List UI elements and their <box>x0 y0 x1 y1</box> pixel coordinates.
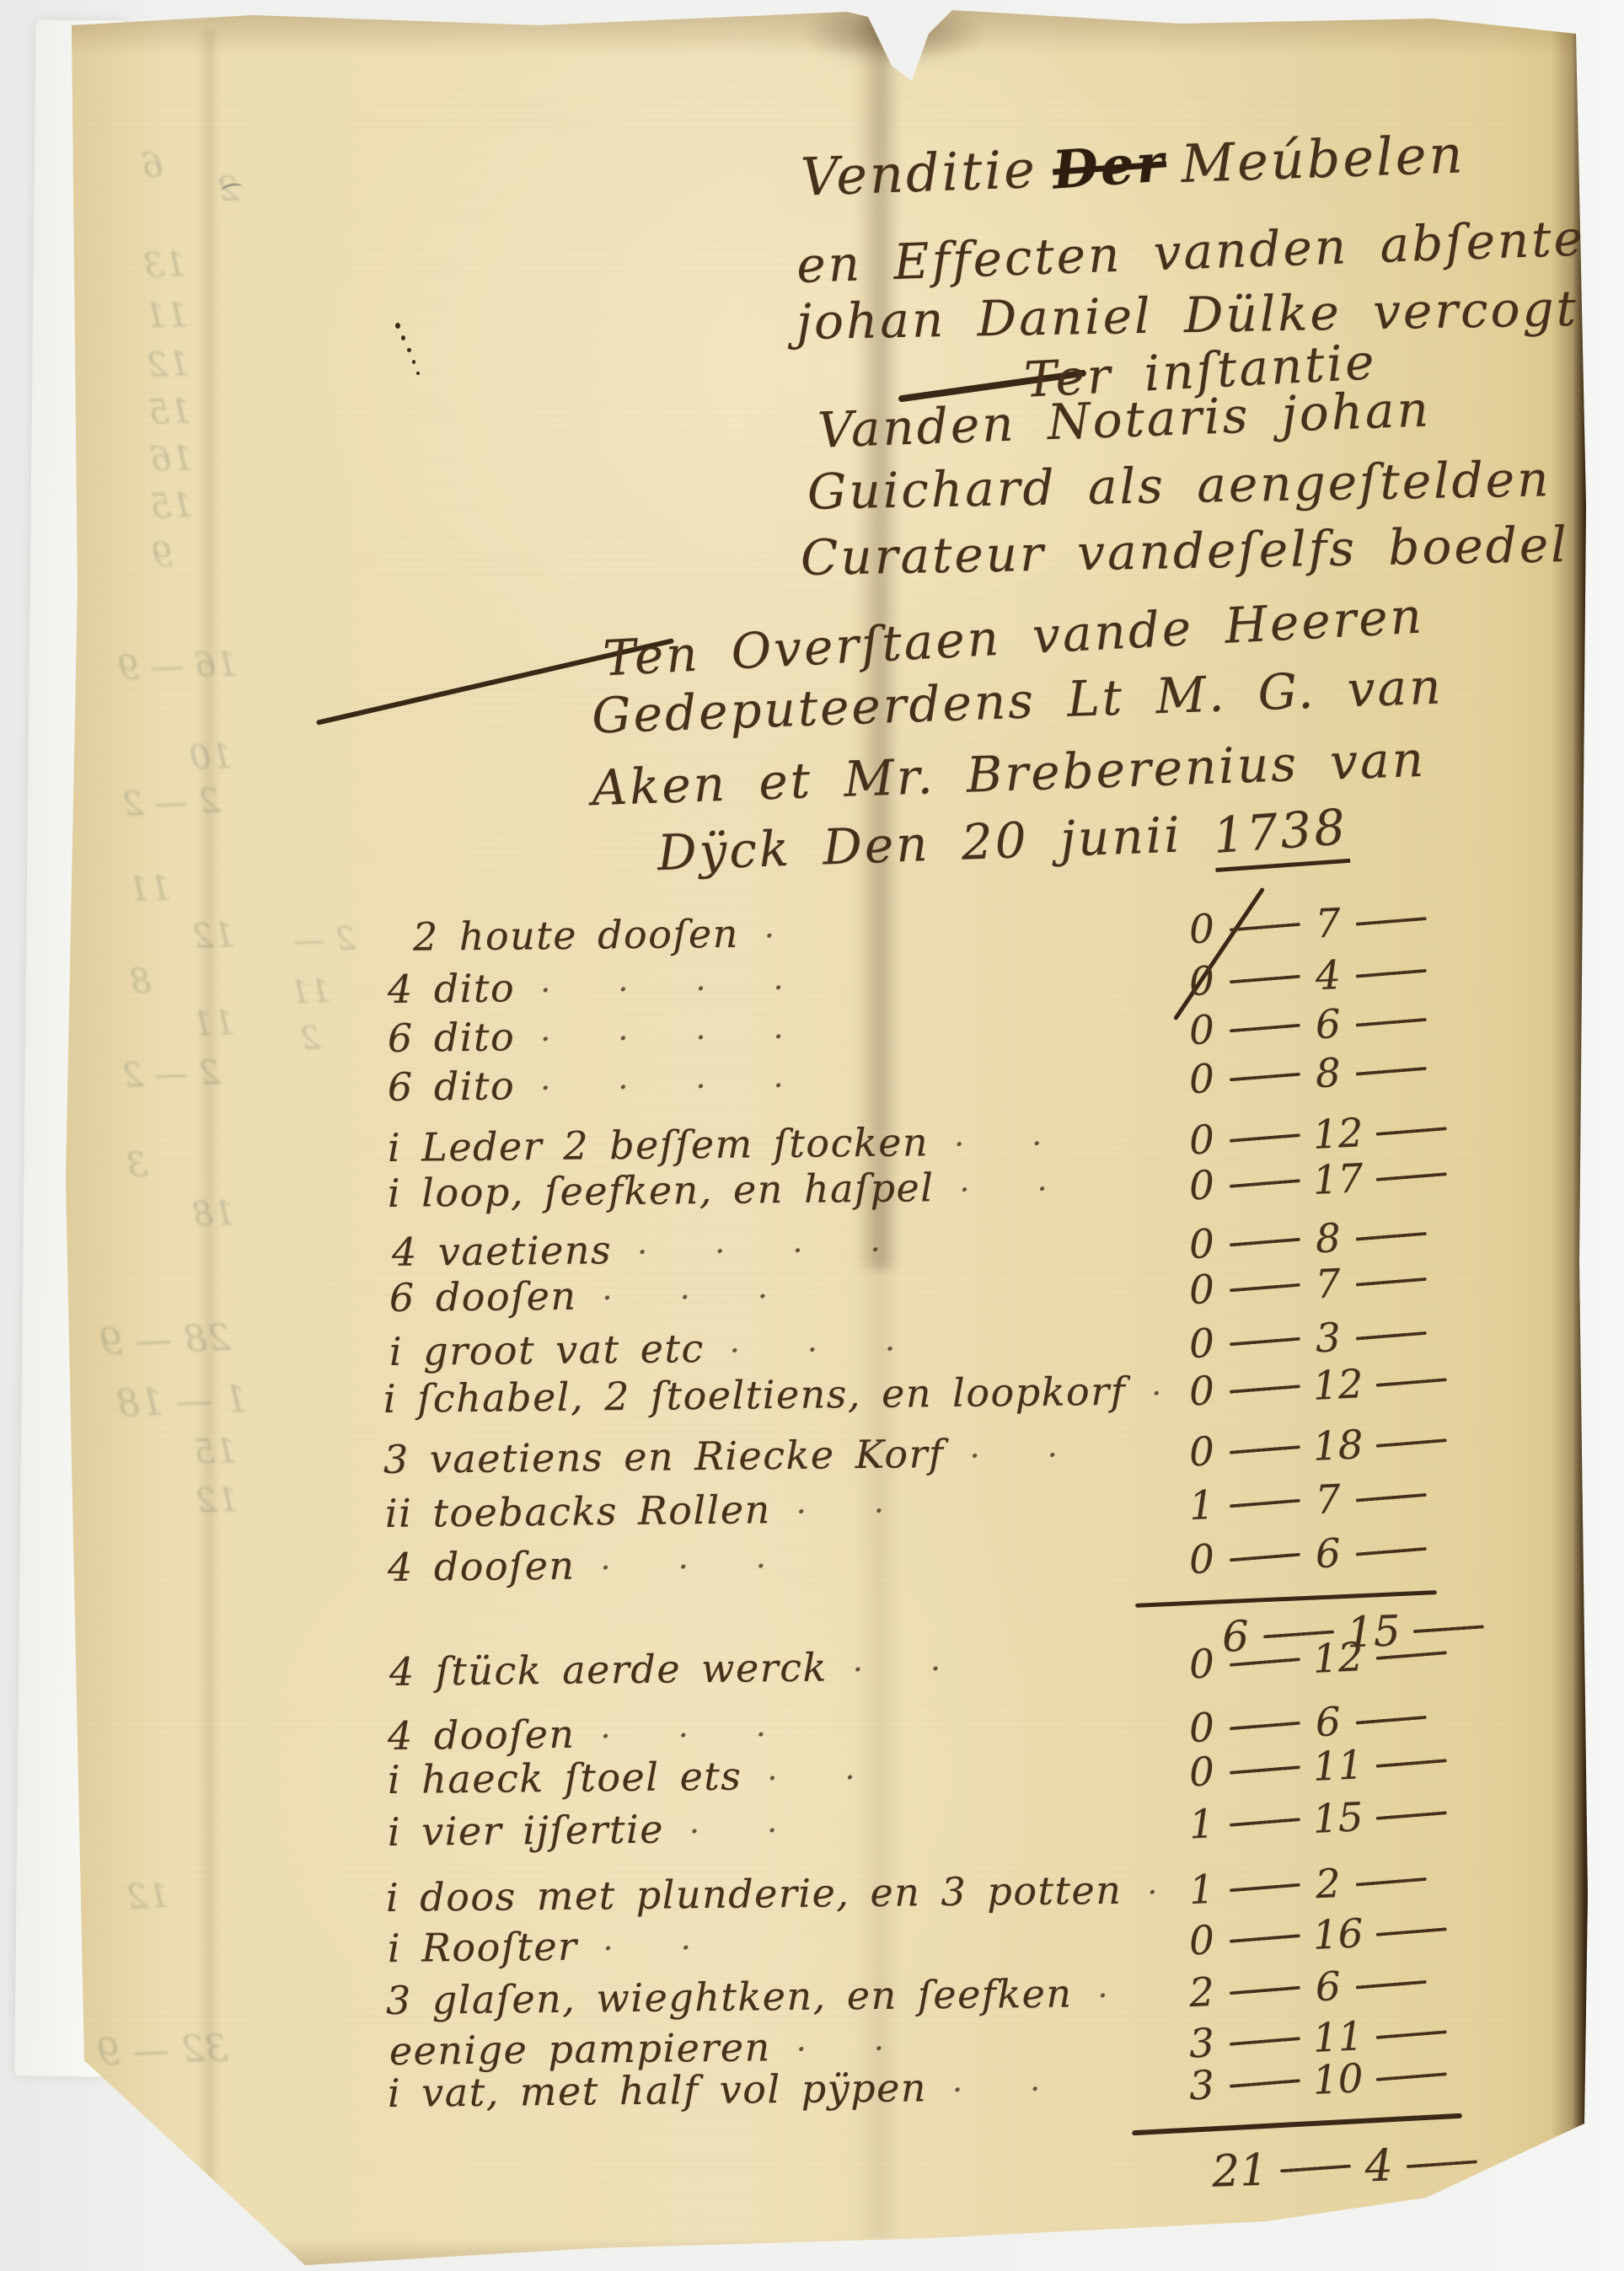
ink-speck <box>412 360 415 364</box>
dash-stroke <box>1356 1979 1427 1989</box>
item-description: 4 ſtück aerde werck <box>389 1645 828 1695</box>
bleedthrough-mark: 15 <box>193 1432 237 1472</box>
dash-stroke <box>1230 1552 1300 1561</box>
amount-guilders: 0 <box>1186 1162 1218 1210</box>
bleedthrough-mark: 3 <box>126 1146 148 1186</box>
item-description: 6 dooſen <box>389 1273 577 1320</box>
amount-guilders: 3 <box>1186 2062 1218 2110</box>
amount-stuivers: 16 <box>1312 1910 1364 1959</box>
dot-leader: · <box>1097 1977 1137 2014</box>
dash-stroke <box>1413 1625 1484 1633</box>
amount-guilders: 0 <box>1186 1536 1218 1584</box>
amount-guilders: 0 <box>1186 1368 1218 1416</box>
amount-guilders: 1 <box>1186 1867 1218 1915</box>
header-word: Venditie <box>800 138 1038 208</box>
dash-stroke <box>1230 1883 1300 1892</box>
dash-stroke <box>1230 1336 1300 1346</box>
dash-stroke <box>1356 1715 1427 1724</box>
bleedthrough-mark: 9 <box>151 536 174 576</box>
dash-stroke <box>1280 2165 1351 2173</box>
amount-guilders: 0 <box>1186 1221 1218 1269</box>
amount-guilders: 0 <box>1186 1007 1218 1055</box>
dash-stroke <box>1376 1127 1447 1136</box>
item-description: 3 glaſen, wieghtken, en ſeefken <box>386 1970 1073 2023</box>
dash-stroke <box>1356 1277 1427 1286</box>
item-amount: 12 <box>1186 1856 1440 1915</box>
dot-leader: · <box>1147 1873 1187 1910</box>
manuscript-page: VenditieDerMeúbelen en Effecten vanden a… <box>59 5 1589 2267</box>
amount-guilders: 0 <box>1186 906 1218 954</box>
item-description: 2 houte dooſen <box>413 911 739 960</box>
header-line-3: johan Daniel Dülke vercogt <box>796 280 1578 351</box>
item-description: 6 dito <box>388 1063 516 1110</box>
amount-stuivers: 8 <box>1312 1215 1344 1263</box>
ink-speck <box>407 348 411 352</box>
amount-guilders: 1 <box>1186 1482 1218 1530</box>
ink-speck <box>395 323 400 329</box>
total-amount: 214 <box>1211 2137 1491 2197</box>
dash-stroke <box>1230 1237 1300 1246</box>
header-line-6: Guichard als aengeſtelden <box>807 450 1552 520</box>
bleedthrough-mark: 11 <box>191 1004 235 1044</box>
header-line-7: Curateur vandeſelfs boedel <box>800 516 1569 586</box>
bleedthrough-mark: 15 <box>147 392 191 432</box>
dash-stroke <box>1230 2037 1300 2046</box>
header-word: Meúbelen <box>1180 123 1466 195</box>
amount-guilders: 0 <box>1186 1056 1218 1104</box>
bleedthrough-mark: 10 <box>189 737 233 778</box>
item-description: i vier ijſertie <box>388 1807 665 1855</box>
amount-stuivers: 12 <box>1312 1110 1364 1159</box>
amount-guilders: 0 <box>1186 1320 1218 1368</box>
dot-leader: · · <box>796 2029 913 2067</box>
bleedthrough-mark: 12 <box>126 1877 169 1917</box>
bleedthrough-mark: 18 <box>191 1194 235 1235</box>
bleedthrough-mark: 1 — 18 <box>115 1378 249 1425</box>
bleedthrough-mark: 12 <box>146 345 190 385</box>
dot-leader: · · · · <box>540 1018 812 1058</box>
dash-stroke <box>1356 917 1427 926</box>
dash-stroke <box>1230 1934 1300 1943</box>
page-bottom-shadow <box>59 2238 1589 2267</box>
dash-stroke <box>1376 2030 1447 2039</box>
amount-guilders: 2 <box>1186 1969 1218 2017</box>
amount-stuivers: 2 <box>1312 1861 1344 1909</box>
dot-leader: · · <box>959 1170 1076 1208</box>
dot-leader: · · <box>603 1929 720 1967</box>
bleedthrough-mark: 11 <box>127 869 171 909</box>
item-description: i haeck ſtoel ets <box>388 1754 742 1802</box>
ink-speck <box>416 372 420 375</box>
dash-stroke <box>1230 922 1300 931</box>
amount-stuivers: 15 <box>1346 1606 1402 1657</box>
amount-stuivers: 11 <box>1312 1742 1364 1791</box>
dash-stroke <box>1263 1631 1334 1639</box>
item-description: i doos met plunderie, en 3 potten <box>386 1867 1123 1920</box>
dash-stroke <box>1230 1133 1300 1143</box>
amount-guilders: 0 <box>1186 1117 1218 1165</box>
top-fold-shadow <box>59 5 1589 56</box>
dash-stroke <box>1407 2160 1477 2168</box>
item-description: i groot vat etc <box>389 1326 705 1374</box>
dot-leader: · · <box>952 2070 1069 2108</box>
amount-stuivers: 4 <box>1312 952 1344 1000</box>
item-description: i ſchabel, 2 ſtoeltiens, en loopkorf <box>383 1368 1127 1422</box>
item-description: 4 dooſen <box>388 1543 576 1590</box>
item-description: 4 dooſen <box>388 1711 576 1759</box>
dash-stroke <box>1376 1759 1447 1768</box>
header-line-11: Dÿck Den 20 junii 1738 <box>657 801 1349 890</box>
dot-leader: · · <box>767 1759 884 1797</box>
amount-stuivers: 17 <box>1312 1155 1364 1204</box>
dot-leader: · · · <box>602 1277 796 1316</box>
dot-leader: · · <box>954 1124 1071 1162</box>
dot-leader: · · <box>969 1436 1086 1474</box>
amount-stuivers: 7 <box>1312 1261 1344 1309</box>
amount-guilders: 1 <box>1186 1801 1218 1849</box>
dot-leader: · · · · <box>637 1231 909 1271</box>
dash-stroke <box>1376 1378 1447 1387</box>
amount-guilders: 21 <box>1211 2145 1268 2197</box>
item-description: i Rooſter <box>388 1924 578 1971</box>
bleedthrough-mark: 32 — 9 <box>96 2027 229 2074</box>
dash-stroke <box>1356 1017 1427 1026</box>
dash-stroke <box>1230 1445 1300 1454</box>
bleedthrough-mark: 16 <box>149 439 193 479</box>
dot-leader: · · · · <box>540 1067 812 1106</box>
date-year: 1738 <box>1212 798 1351 872</box>
item-description: i loop, ſeefken, en haſpel <box>388 1165 935 1216</box>
amount-guilders: 0 <box>1186 1267 1218 1315</box>
bleedthrough-mark: 6 <box>141 147 163 186</box>
item-description: 4 vaetiens <box>392 1227 613 1275</box>
dash-stroke <box>1230 1385 1300 1394</box>
dash-stroke <box>1356 1231 1427 1240</box>
dash-stroke <box>1230 1498 1300 1508</box>
amount-guilders: 3 <box>1186 2020 1218 2068</box>
item-description: 4 dito <box>388 965 516 1012</box>
amount-stuivers: 10 <box>1312 2055 1364 2104</box>
amount-stuivers: 7 <box>1312 1476 1344 1524</box>
bleedthrough-mark: 12 <box>191 916 235 956</box>
bleedthrough-mark: 13 <box>142 245 186 286</box>
amount-stuivers: 6 <box>1312 1699 1344 1747</box>
amount-guilders: 0 <box>1186 1917 1218 1965</box>
dot-leader: · · · <box>729 1330 924 1368</box>
dot-leader: · · <box>853 1650 970 1688</box>
dash-stroke <box>1230 2079 1300 2088</box>
item-description: 3 vaetiens en Riecke Korf <box>383 1431 945 1482</box>
ink-speck <box>401 335 405 340</box>
amount-guilders: 0 <box>1186 1641 1218 1689</box>
top-center-tear-shadow <box>801 0 986 66</box>
bleedthrough-mark: 15 <box>149 486 193 527</box>
dash-stroke <box>1376 1927 1447 1936</box>
dash-stroke <box>1230 974 1300 983</box>
bleedthrough-mark: 11 <box>289 972 331 1011</box>
bleedthrough-mark: 28 — 9 <box>99 1316 232 1363</box>
dash-stroke <box>1230 1765 1300 1775</box>
dash-stroke <box>1356 1331 1427 1340</box>
amount-stuivers: 18 <box>1312 1422 1364 1470</box>
dash-stroke <box>1356 968 1427 977</box>
dash-stroke <box>1356 1546 1427 1556</box>
amount-guilders: 0 <box>1186 1428 1218 1476</box>
item-description: ii toebacks Rollen <box>385 1486 771 1536</box>
dash-stroke <box>1376 1172 1447 1181</box>
amount-stuivers: 11 <box>1312 2013 1364 2062</box>
dot-leader: · · · · <box>540 969 812 1009</box>
struck-word: Der <box>1050 131 1168 201</box>
amount-guilders: 0 <box>1186 1749 1218 1797</box>
amount-stuivers: 12 <box>1312 1361 1364 1410</box>
item-description: i Leder 2 beſſem ſtocken <box>388 1119 930 1170</box>
subtotal-amount: 615 <box>1219 1603 1497 1661</box>
amount-stuivers: 6 <box>1312 1001 1344 1049</box>
dash-stroke <box>1230 1985 1300 1995</box>
bleedthrough-mark: 16 — 9 <box>117 645 238 688</box>
dash-stroke <box>1356 1877 1427 1886</box>
item-description: i vat, met half vol pÿpen <box>388 2065 928 2116</box>
dash-stroke <box>1230 1721 1300 1730</box>
amount-guilders: 0 <box>1186 958 1218 1006</box>
amount-stuivers: 15 <box>1312 1794 1364 1843</box>
dash-stroke <box>1376 1811 1447 1820</box>
dash-stroke <box>1376 2072 1447 2081</box>
bleedthrough-mark: 2 — <box>292 920 356 960</box>
dash-stroke <box>1230 1023 1300 1032</box>
bleedthrough-mark: 2 <box>299 1020 321 1058</box>
amount-stuivers: 6 <box>1312 1963 1344 2011</box>
date-text: Dÿck Den 20 junii <box>657 806 1183 882</box>
dot-leader: · · <box>796 1492 913 1529</box>
amount-stuivers: 7 <box>1312 900 1344 948</box>
bleedthrough-mark: 12 <box>195 1481 239 1521</box>
scan-backdrop: VenditieDerMeúbelen en Effecten vanden a… <box>0 0 1624 2271</box>
dash-stroke <box>1230 1072 1300 1081</box>
amount-stuivers: 4 <box>1363 2140 1395 2192</box>
amount-stuivers: 6 <box>1312 1530 1344 1578</box>
dot-leader: · <box>764 917 804 954</box>
item-amount: 07 <box>1186 896 1440 954</box>
dash-stroke <box>1356 1492 1427 1502</box>
dot-leader: · · <box>689 1812 807 1850</box>
item-description: 6 dito <box>388 1014 516 1061</box>
dash-stroke <box>1356 1066 1427 1075</box>
header-line-5: Vanden Notaris johan <box>817 380 1432 458</box>
amount-guilders: 0 <box>1186 1705 1218 1753</box>
dash-stroke <box>1230 1818 1300 1827</box>
dot-leader: · <box>1151 1374 1191 1411</box>
header-line-1: VenditieDerMeúbelen <box>800 123 1466 207</box>
dot-leader: · · · <box>600 1547 795 1586</box>
dot-leader: · · · <box>600 1716 795 1754</box>
dash-stroke <box>1230 1179 1300 1188</box>
amount-stuivers: 3 <box>1312 1315 1344 1363</box>
bleedthrough-mark: 2 — 2 <box>121 1053 221 1095</box>
dash-stroke <box>1376 1438 1447 1448</box>
amount-guilders: 6 <box>1219 1611 1251 1661</box>
bleedthrough-mark: 8 <box>129 962 152 1002</box>
amount-stuivers: 8 <box>1312 1050 1344 1098</box>
dash-stroke <box>1230 1283 1300 1292</box>
bleedthrough-mark: 2 — 2 <box>121 782 221 824</box>
bleedthrough-mark: 11 <box>144 296 188 336</box>
